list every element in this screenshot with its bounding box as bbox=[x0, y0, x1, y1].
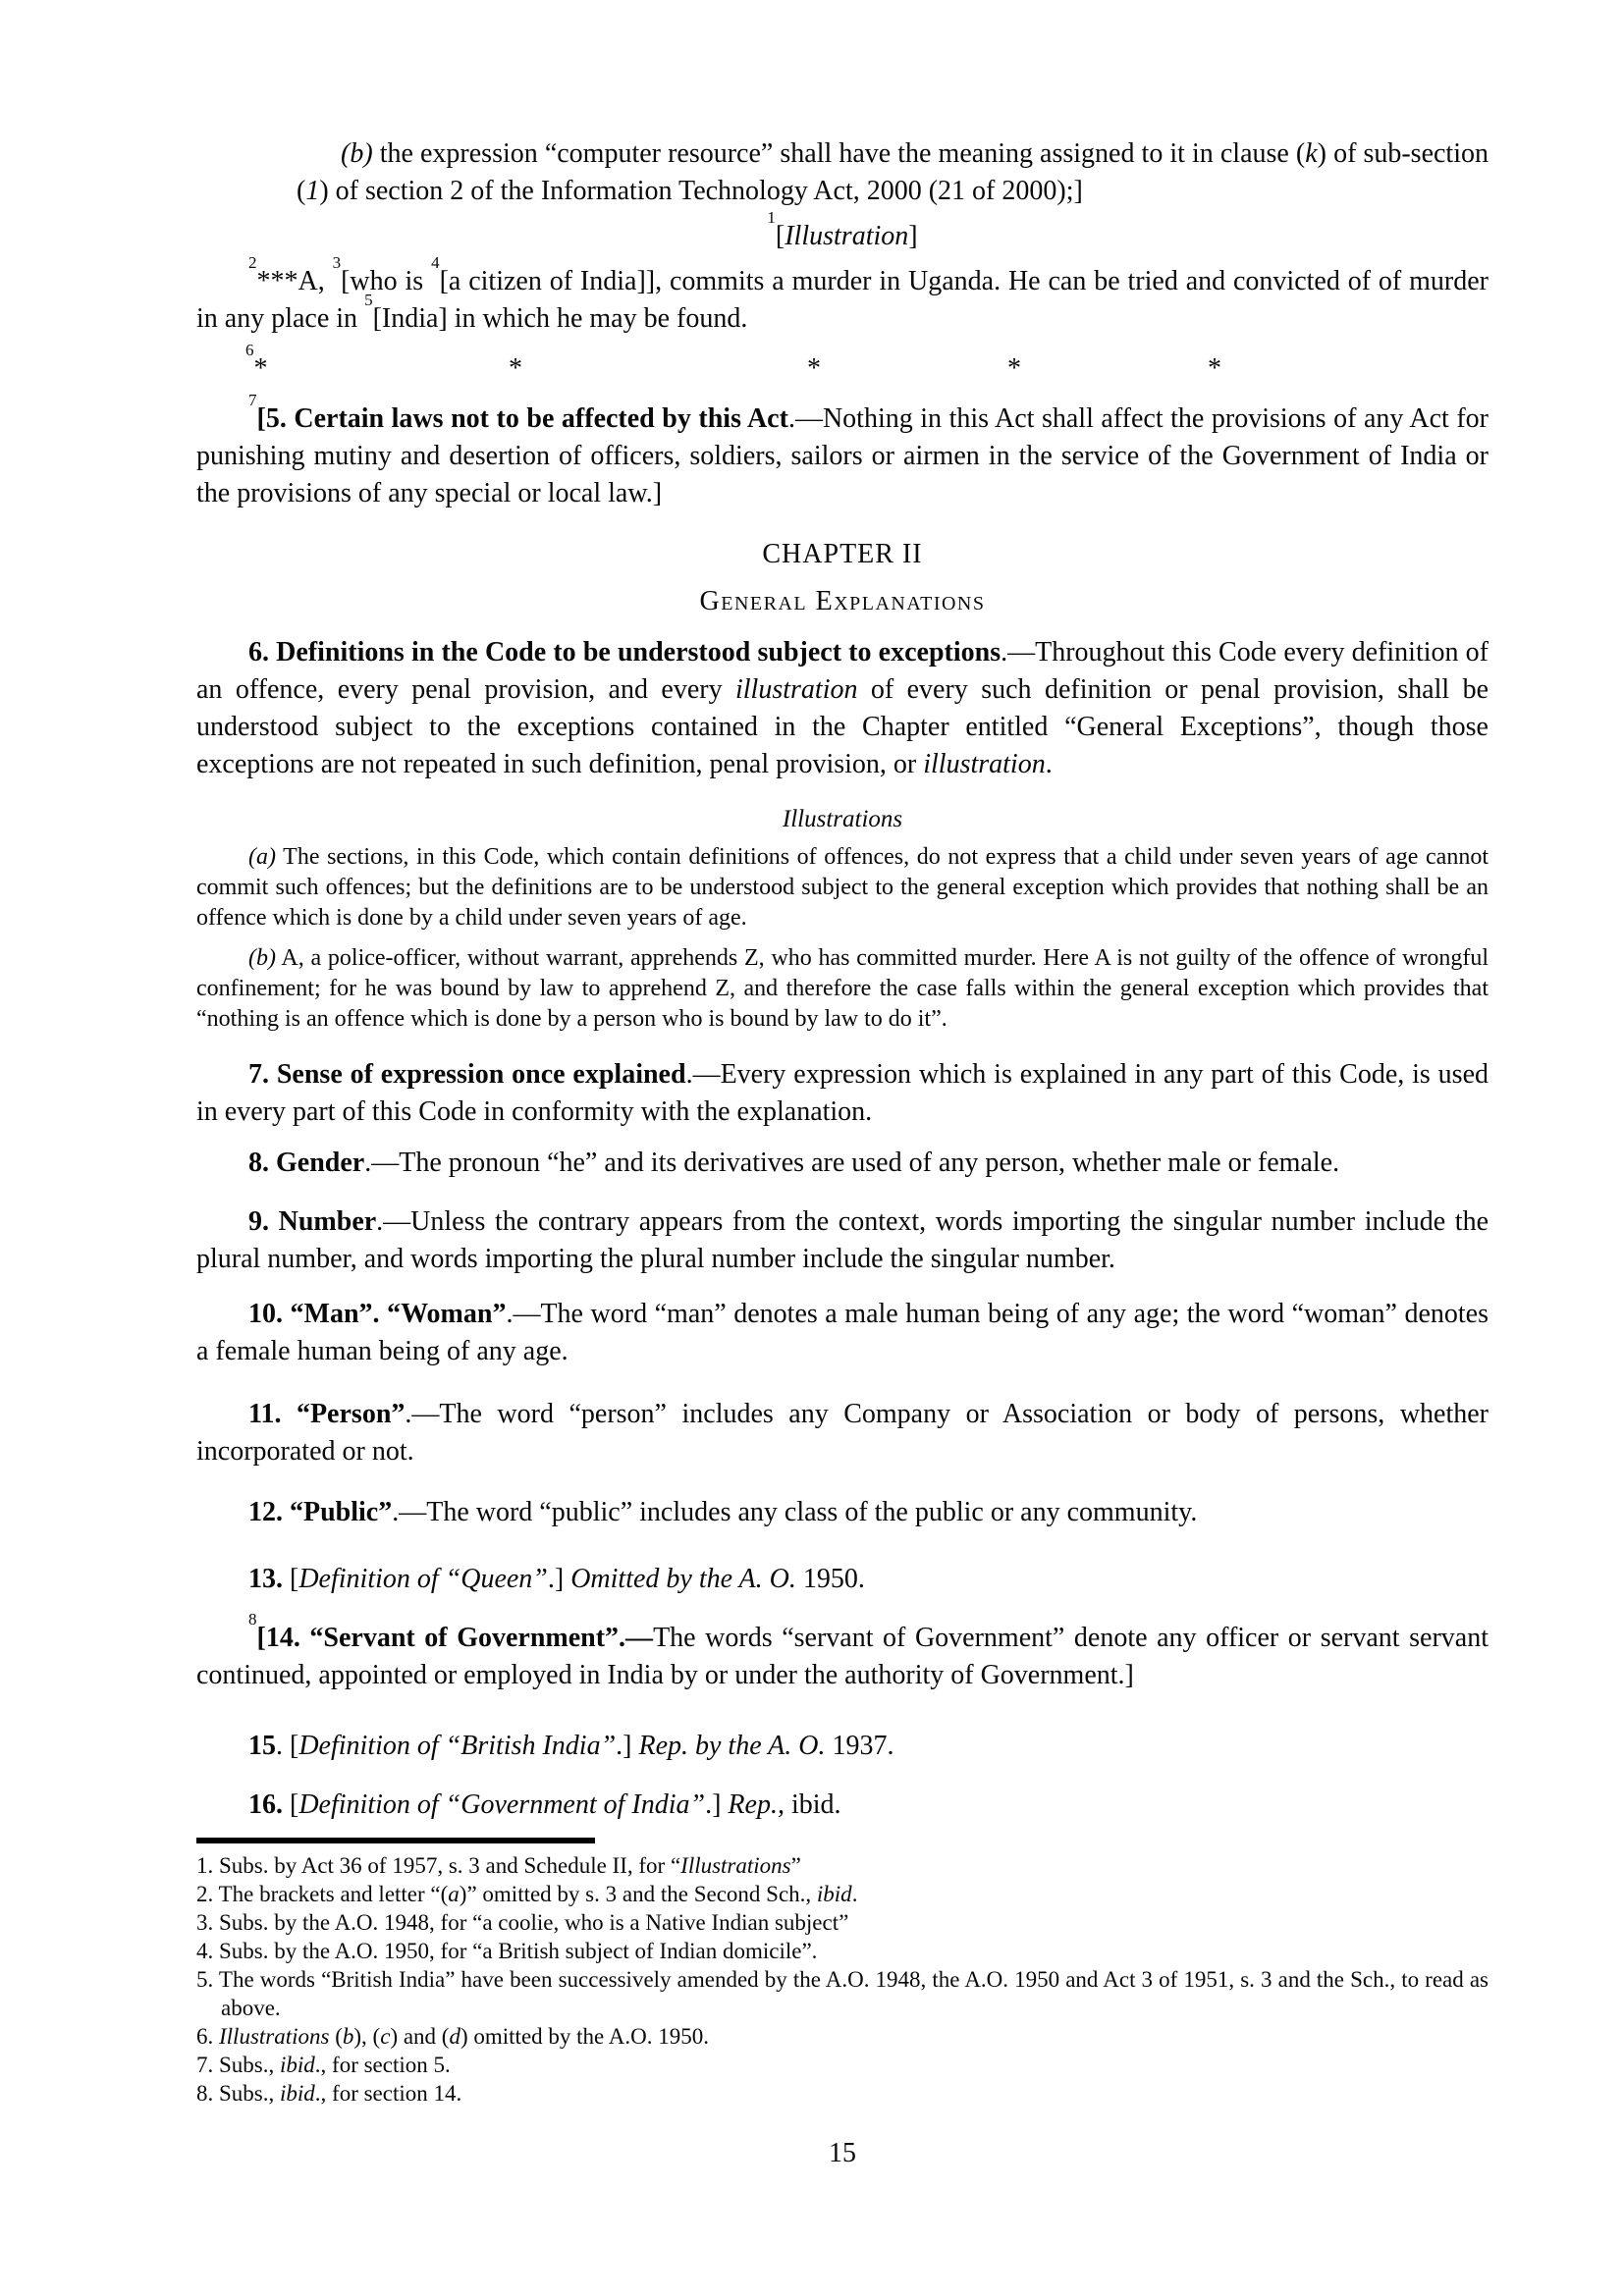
footnote-text: ., for section 14. bbox=[315, 2081, 461, 2106]
section-5: 7[5. Certain laws not to be affected by … bbox=[196, 400, 1489, 512]
footnote-text: )” omitted by s. 3 and the Second Sch., bbox=[460, 1882, 817, 1906]
illustrations-heading: Illustrations bbox=[196, 803, 1489, 836]
asterisk-glyph: * bbox=[509, 353, 522, 384]
section-title: [5. Certain laws not to be affected by t… bbox=[257, 403, 788, 434]
asterisk-glyph: * bbox=[254, 353, 268, 384]
footnote-text: 6. bbox=[196, 2024, 219, 2049]
footnote-text: 7. Subs., bbox=[196, 2053, 280, 2077]
chapter-heading: CHAPTER II bbox=[196, 536, 1489, 573]
footnote-italic: b bbox=[343, 2024, 354, 2049]
illustration-letter: (b) bbox=[248, 945, 276, 971]
section-title: 7. Sense of expression once explained bbox=[248, 1059, 686, 1090]
definition-text: Definition of “Government of India” bbox=[298, 1789, 705, 1820]
footnote-text: ., for section 5. bbox=[315, 2053, 451, 2077]
footnote-text: ), ( bbox=[353, 2024, 380, 2049]
footnote-7: 7. Subs., ibid., for section 5. bbox=[196, 2051, 1489, 2079]
section-text: 1937. bbox=[825, 1731, 893, 1761]
footnote-2: 2. The brackets and letter “(a)” omitted… bbox=[196, 1880, 1489, 1908]
footnote-marker: 1 bbox=[767, 208, 776, 227]
asterisk: 6* bbox=[245, 353, 268, 385]
illustration-heading-text: Illustration bbox=[785, 221, 908, 251]
repeal-note: Rep., bbox=[728, 1789, 785, 1820]
asterisk: * bbox=[509, 353, 522, 385]
paragraph-text: [who is bbox=[341, 266, 431, 296]
footnote-5: 5. The words “British India” have been s… bbox=[196, 1965, 1489, 2022]
footnote-8: 8. Subs., ibid., for section 14. bbox=[196, 2079, 1489, 2108]
section-number: 15 bbox=[248, 1731, 276, 1761]
definition-text: Definition of “British India” bbox=[298, 1731, 616, 1761]
section-12: 12. “Public”.—The word “public” includes… bbox=[196, 1494, 1489, 1531]
section-text: .—Unless the contrary appears from the c… bbox=[196, 1206, 1489, 1274]
section-11: 11. “Person”.—The word “person” includes… bbox=[196, 1396, 1489, 1470]
section-title: 12. “Public” bbox=[248, 1497, 392, 1527]
repeal-note: Omitted by the A. O. bbox=[570, 1564, 796, 1594]
footnote-text: ) and ( bbox=[390, 2024, 449, 2049]
page-number: 15 bbox=[196, 2135, 1489, 2172]
section-number: 16. bbox=[248, 1789, 283, 1820]
footnote-italic: d bbox=[449, 2024, 460, 2049]
clause-ref-k: k bbox=[1305, 138, 1317, 169]
section-text: . [ bbox=[276, 1731, 298, 1761]
footnote-italic: Illustrations bbox=[219, 2024, 329, 2049]
section-text: .—The pronoun “he” and its derivatives a… bbox=[364, 1148, 1339, 1178]
footnote-marker: 4 bbox=[431, 253, 440, 272]
bracket: [ bbox=[776, 221, 785, 251]
footnote-marker: 6 bbox=[245, 341, 254, 359]
section-text: . bbox=[1046, 749, 1053, 779]
asterisk: * bbox=[807, 353, 821, 385]
footnote-italic: ibid bbox=[817, 1882, 852, 1906]
section-text: [ bbox=[283, 1789, 298, 1820]
asterisk-row: 6* * * * * bbox=[196, 353, 1489, 391]
footnote-marker: 5 bbox=[364, 291, 373, 309]
footnote-italic: ibid bbox=[280, 2081, 315, 2106]
footnote-italic: Illustrations bbox=[680, 1853, 790, 1878]
section-number: 13. bbox=[248, 1564, 283, 1594]
footnote-text: 4. Subs. by the A.O. 1950, for “a Britis… bbox=[196, 1939, 817, 1963]
asterisk-glyph: * bbox=[1007, 353, 1021, 384]
footnote-6: 6. Illustrations (b), (c) and (d) omitte… bbox=[196, 2022, 1489, 2051]
subsection-ref: 1 bbox=[305, 176, 319, 206]
chapter-subheading: General Explanations bbox=[196, 583, 1489, 620]
document-page: (b) the expression “computer resource” s… bbox=[0, 0, 1624, 2296]
illustration-text: The sections, in this Code, which contai… bbox=[196, 844, 1489, 931]
paragraph-text: ***A, bbox=[257, 266, 333, 296]
footnote-marker: 2 bbox=[248, 253, 257, 272]
illustration-text: A, a police-officer, without warrant, ap… bbox=[196, 945, 1489, 1032]
italic-term: illustration bbox=[923, 749, 1045, 779]
footnote-marker: 7 bbox=[248, 391, 257, 409]
page-content: (b) the expression “computer resource” s… bbox=[196, 135, 1489, 2172]
section-14: 8[14. “Servant of Government”.—The words… bbox=[196, 1620, 1489, 1694]
section-text: .] bbox=[705, 1789, 728, 1820]
footnote-marker: 3 bbox=[333, 253, 342, 272]
section-title: 6. Definitions in the Code to be underst… bbox=[248, 637, 1001, 667]
italic-term: illustration bbox=[735, 674, 857, 705]
footnote-text: ( bbox=[329, 2024, 342, 2049]
footnote-italic: a bbox=[448, 1882, 460, 1906]
clause-text: the expression “computer resource” shall… bbox=[373, 138, 1306, 169]
illustration-heading: 1[Illustration] bbox=[196, 218, 1489, 255]
section-title: [14. “Servant of Government”.— bbox=[257, 1623, 654, 1653]
section-10: 10. “Man”. “Woman”.—The word “man” denot… bbox=[196, 1296, 1489, 1370]
footnote-4: 4. Subs. by the A.O. 1950, for “a Britis… bbox=[196, 1937, 1489, 1965]
footnote-1: 1. Subs. by Act 36 of 1957, s. 3 and Sch… bbox=[196, 1851, 1489, 1880]
illustration-paragraph: 2***A, 3[who is 4[a citizen of India]], … bbox=[196, 263, 1489, 338]
clause-b: (b) the expression “computer resource” s… bbox=[196, 135, 1489, 210]
illustration-letter: (a) bbox=[248, 844, 276, 870]
section-title: 10. “Man”. “Woman” bbox=[248, 1299, 506, 1329]
section-6: 6. Definitions in the Code to be underst… bbox=[196, 634, 1489, 783]
section-text: .—The word “public” includes any class o… bbox=[392, 1497, 1197, 1527]
section-title: 9. Number bbox=[248, 1206, 376, 1237]
illustration-b: (b) A, a police-officer, without warrant… bbox=[196, 943, 1489, 1035]
footnote-text: ) omitted by the A.O. 1950. bbox=[460, 2024, 709, 2049]
footnotes: 1. Subs. by Act 36 of 1957, s. 3 and Sch… bbox=[196, 1851, 1489, 2108]
section-text: [ bbox=[283, 1564, 298, 1594]
bracket: ] bbox=[908, 221, 917, 251]
footnote-text: 2. The brackets and letter “( bbox=[196, 1882, 448, 1906]
footnote-text: 1. Subs. by Act 36 of 1957, s. 3 and Sch… bbox=[196, 1853, 680, 1878]
section-title: 8. Gender bbox=[248, 1148, 364, 1178]
section-8: 8. Gender.—The pronoun “he” and its deri… bbox=[196, 1145, 1489, 1182]
definition-text: Definition of “Queen” bbox=[298, 1564, 548, 1594]
footnote-marker: 8 bbox=[248, 1610, 257, 1629]
footnote-text: . bbox=[852, 1882, 858, 1906]
section-text: 1950. bbox=[796, 1564, 865, 1594]
section-16: 16. [Definition of “Government of India”… bbox=[196, 1787, 1489, 1824]
section-13: 13. [Definition of “Queen”.] Omitted by … bbox=[196, 1561, 1489, 1598]
asterisk: * bbox=[1007, 353, 1021, 385]
footnote-italic: ibid bbox=[280, 2053, 315, 2077]
footnote-text: 3. Subs. by the A.O. 1948, for “a coolie… bbox=[196, 1910, 848, 1935]
section-7: 7. Sense of expression once explained.—E… bbox=[196, 1056, 1489, 1131]
section-text: .] bbox=[548, 1564, 570, 1594]
section-text: ibid. bbox=[785, 1789, 841, 1820]
section-15: 15. [Definition of “British India”.] Rep… bbox=[196, 1728, 1489, 1765]
asterisk-glyph: * bbox=[1208, 353, 1221, 384]
section-text: .] bbox=[616, 1731, 638, 1761]
section-title: 11. “Person” bbox=[248, 1399, 405, 1429]
footnote-3: 3. Subs. by the A.O. 1948, for “a coolie… bbox=[196, 1908, 1489, 1937]
illustration-a: (a) The sections, in this Code, which co… bbox=[196, 842, 1489, 934]
clause-text: ) of section 2 of the Information Techno… bbox=[319, 176, 1082, 206]
footnote-text: 8. Subs., bbox=[196, 2081, 280, 2106]
section-9: 9. Number.—Unless the contrary appears f… bbox=[196, 1203, 1489, 1278]
asterisk-glyph: * bbox=[807, 353, 821, 384]
paragraph-text: [India] in which he may be found. bbox=[373, 303, 748, 334]
footnote-text: 5. The words “British India” have been s… bbox=[196, 1967, 1489, 2020]
footnote-italic: c bbox=[380, 2024, 390, 2049]
footnote-text: ” bbox=[791, 1853, 801, 1878]
asterisk: * bbox=[1208, 353, 1221, 385]
repeal-note: Rep. by the A. O. bbox=[638, 1731, 825, 1761]
footnote-divider bbox=[196, 1838, 595, 1843]
clause-letter: (b) bbox=[341, 138, 373, 169]
